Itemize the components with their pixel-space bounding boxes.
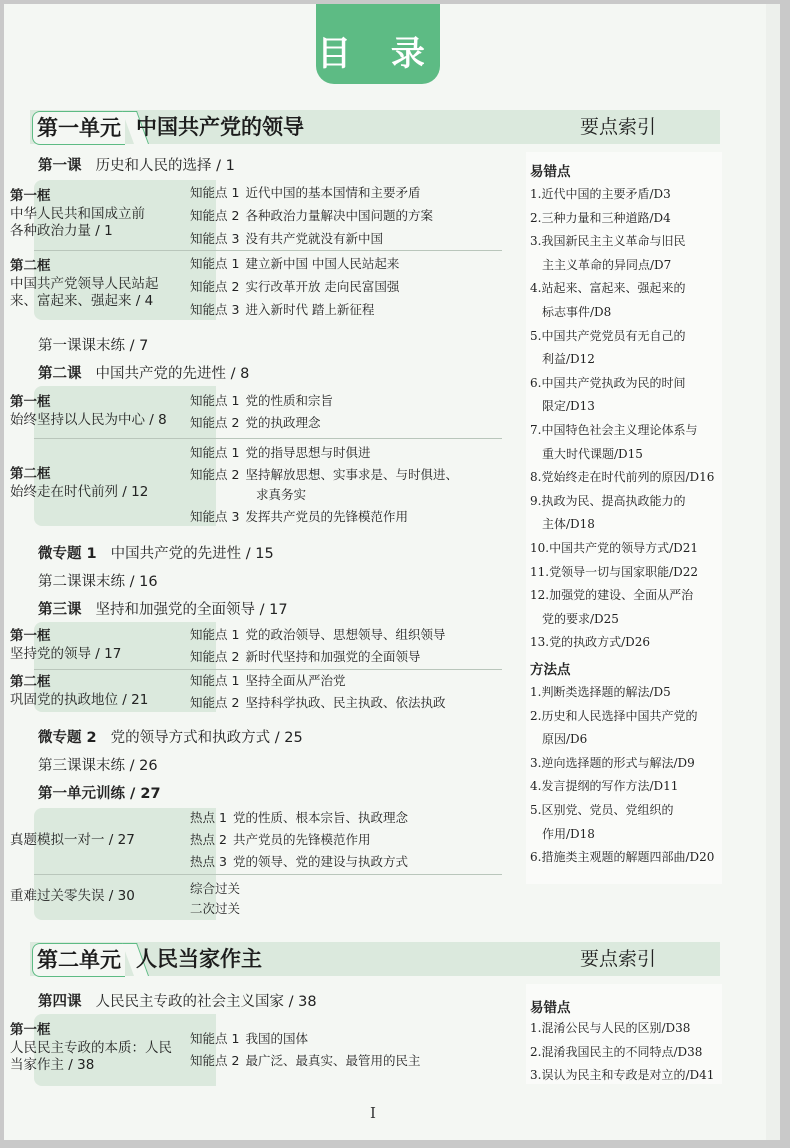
- index-item[interactable]: 2.历史和人民选择中国共产党的: [530, 704, 697, 728]
- unit2-label: 第二单元: [32, 943, 125, 977]
- index-item[interactable]: 主主义革命的异同点/D7: [530, 253, 671, 277]
- unit1-label: 第一单元: [32, 111, 125, 145]
- index-item[interactable]: 作用/D18: [530, 822, 595, 846]
- knowledge-point[interactable]: 知能点 2坚持科学执政、民主执政、依法执政: [190, 692, 445, 713]
- frame-3-2[interactable]: 第二框 巩固党的执政地位 / 21: [10, 674, 148, 709]
- methods-heading: 方法点: [530, 658, 571, 678]
- knowledge-point[interactable]: 知能点 1近代中国的基本国情和主要矛盾: [190, 182, 420, 203]
- index-item[interactable]: 2.混淆我国民主的不同特点/D38: [530, 1040, 702, 1064]
- micro-topic-2[interactable]: 微专题 2党的领导方式和执政方式 / 25: [38, 726, 303, 747]
- unit1-title: 中国共产党的领导: [136, 111, 304, 143]
- knowledge-point[interactable]: 知能点 1党的政治领导、思想领导、组织领导: [190, 624, 445, 645]
- index-item[interactable]: 标志事件/D8: [530, 300, 611, 324]
- index-item[interactable]: 3.我国新民主主义革命与旧民: [530, 229, 685, 253]
- index-item[interactable]: 13.党的执政方式/D26: [530, 630, 650, 654]
- index-item[interactable]: 5.中国共产党党员有无自己的: [530, 324, 685, 348]
- knowledge-point[interactable]: 知能点 2各种政治力量解决中国问题的方案: [190, 205, 433, 226]
- index-item[interactable]: 主体/D18: [530, 512, 595, 536]
- training-real-exam[interactable]: 真题模拟一对一 / 27: [10, 832, 135, 849]
- index-item[interactable]: 利益/D12: [530, 347, 595, 371]
- lesson-4[interactable]: 第四课人民民主专政的社会主义国家 / 38: [38, 990, 317, 1011]
- index-item[interactable]: 6.措施类主观题的解题四部曲/D20: [530, 845, 714, 869]
- index-item[interactable]: 5.区别党、党员、党组织的: [530, 798, 673, 822]
- toc-page: 目 录 第一单元 中国共产党的领导 要点索引 第一课历史和人民的选择 / 1 第…: [4, 4, 780, 1140]
- index-item[interactable]: 重大时代课题/D15: [530, 442, 643, 466]
- knowledge-point[interactable]: 知能点 1党的指导思想与时俱进: [190, 442, 370, 463]
- index-item[interactable]: 2.三种力量和三种道路/D4: [530, 206, 671, 230]
- frame-4-1[interactable]: 第一框 人民民主专政的本质：人民 当家作主 / 38: [10, 1022, 172, 1074]
- frame-1-1[interactable]: 第一框 中华人民共和国成立前 各种政治力量 / 1: [10, 188, 145, 240]
- divider: [34, 874, 502, 875]
- micro-topic-1[interactable]: 微专题 1中国共产党的先进性 / 15: [38, 542, 274, 563]
- knowledge-point-continued: 求真务实: [256, 484, 306, 505]
- index-item[interactable]: 1.混淆公民与人民的区别/D38: [530, 1016, 690, 1040]
- index-item[interactable]: 12.加强党的建设、全面从严治: [530, 583, 693, 607]
- divider: [34, 250, 502, 251]
- page-title: 目 录: [316, 4, 440, 84]
- lesson-2-practice[interactable]: 第二课课末练 / 16: [38, 570, 158, 591]
- pass-item[interactable]: 二次过关: [190, 898, 240, 919]
- index-item[interactable]: 4.发言提纲的写作方法/D11: [530, 774, 678, 798]
- unit2-title: 人民当家作主: [136, 943, 262, 975]
- index-item[interactable]: 3.误认为民主和专政是对立的/D41: [530, 1063, 714, 1087]
- page-number: I: [370, 1104, 376, 1122]
- hot-point[interactable]: 热点 3党的领导、党的建设与执政方式: [190, 851, 408, 872]
- knowledge-point[interactable]: 知能点 1党的性质和宗旨: [190, 390, 333, 411]
- training-hard-pass[interactable]: 重难过关零失误 / 30: [10, 888, 135, 905]
- index-item[interactable]: 7.中国特色社会主义理论体系与: [530, 418, 697, 442]
- index-item[interactable]: 党的要求/D25: [530, 607, 619, 631]
- lesson-2[interactable]: 第二课中国共产党的先进性 / 8: [38, 362, 249, 383]
- unit-1-training[interactable]: 第一单元训练 / 27: [38, 782, 161, 803]
- frame-2-2[interactable]: 第二框 始终走在时代前列 / 12: [10, 466, 148, 501]
- lesson-1-practice[interactable]: 第一课课末练 / 7: [38, 334, 148, 355]
- mistakes-heading: 易错点: [530, 996, 571, 1016]
- knowledge-point[interactable]: 知能点 2坚持解放思想、实事求是、与时俱进、: [190, 464, 458, 485]
- knowledge-point[interactable]: 知能点 3没有共产党就没有新中国: [190, 228, 383, 249]
- knowledge-point[interactable]: 知能点 2最广泛、最真实、最管用的民主: [190, 1050, 420, 1071]
- unit1-index-title: 要点索引: [580, 112, 656, 142]
- knowledge-point[interactable]: 知能点 1坚持全面从严治党: [190, 670, 345, 691]
- knowledge-point[interactable]: 知能点 3发挥共产党员的先锋模范作用: [190, 506, 408, 527]
- knowledge-point[interactable]: 知能点 1建立新中国 中国人民站起来: [190, 253, 399, 274]
- frame-1-2[interactable]: 第二框 中国共产党领导人民站起 来、富起来、强起来 / 4: [10, 258, 159, 310]
- unit2-index-title: 要点索引: [580, 944, 656, 974]
- lesson-1[interactable]: 第一课历史和人民的选择 / 1: [38, 154, 235, 175]
- index-item[interactable]: 11.党领导一切与国家职能/D22: [530, 560, 698, 584]
- index-item[interactable]: 1.判断类选择题的解法/D5: [530, 680, 671, 704]
- index-item[interactable]: 1.近代中国的主要矛盾/D3: [530, 182, 671, 206]
- knowledge-point[interactable]: 知能点 3进入新时代 踏上新征程: [190, 299, 374, 320]
- frame-3-1[interactable]: 第一框 坚持党的领导 / 17: [10, 628, 121, 663]
- divider: [34, 438, 502, 439]
- index-item[interactable]: 6.中国共产党执政为民的时间: [530, 371, 685, 395]
- mistakes-heading: 易错点: [530, 160, 571, 180]
- index-item[interactable]: 4.站起来、富起来、强起来的: [530, 276, 685, 300]
- lesson-3-practice[interactable]: 第三课课末练 / 26: [38, 754, 158, 775]
- knowledge-point[interactable]: 知能点 2实行改革开放 走向民富国强: [190, 276, 399, 297]
- index-item[interactable]: 原因/D6: [530, 727, 587, 751]
- frame-2-1[interactable]: 第一框 始终坚持以人民为中心 / 8: [10, 394, 167, 429]
- knowledge-point[interactable]: 知能点 1我国的国体: [190, 1028, 308, 1049]
- index-item[interactable]: 9.执政为民、提高执政能力的: [530, 489, 685, 513]
- pass-item[interactable]: 综合过关: [190, 878, 240, 899]
- lesson-3[interactable]: 第三课坚持和加强党的全面领导 / 17: [38, 598, 288, 619]
- index-item[interactable]: 10.中国共产党的领导方式/D21: [530, 536, 698, 560]
- hot-point[interactable]: 热点 2共产党员的先锋模范作用: [190, 829, 370, 850]
- index-item[interactable]: 8.党始终走在时代前列的原因/D16: [530, 465, 714, 489]
- knowledge-point[interactable]: 知能点 2党的执政理念: [190, 412, 320, 433]
- index-item[interactable]: 3.逆向选择题的形式与解法/D9: [530, 751, 695, 775]
- page-edge: [766, 4, 780, 1140]
- knowledge-point[interactable]: 知能点 2新时代坚持和加强党的全面领导: [190, 646, 420, 667]
- index-item[interactable]: 限定/D13: [530, 394, 595, 418]
- hot-point[interactable]: 热点 1党的性质、根本宗旨、执政理念: [190, 807, 408, 828]
